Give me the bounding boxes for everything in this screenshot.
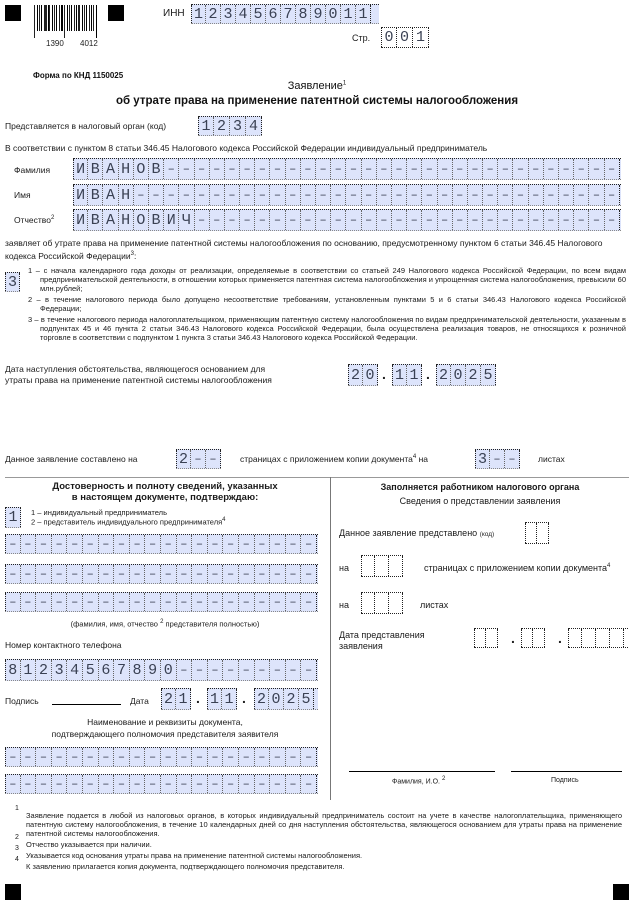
document-subtitle: об утрате права на применение патентной … [0, 95, 634, 107]
field-cell: – [130, 775, 146, 793]
office-signature-caption: Подпись [551, 777, 579, 784]
field-cell: 0 [363, 365, 378, 385]
field-cell: – [130, 748, 146, 766]
field-cell: – [83, 775, 99, 793]
field-cell [361, 593, 375, 613]
footnote-number: 3 [15, 845, 19, 852]
field-cell: – [83, 565, 99, 583]
field-cell: – [346, 159, 361, 179]
field-cell: 8 [296, 5, 311, 23]
field-cell: – [210, 159, 225, 179]
field-cell: – [453, 210, 468, 230]
field-cell: – [362, 210, 377, 230]
field-cell: – [223, 660, 239, 680]
field-cell: 1 [191, 5, 206, 23]
field-cell [568, 629, 582, 647]
field-cell: – [286, 775, 302, 793]
field-cell: – [67, 748, 83, 766]
field-cell: – [5, 565, 21, 583]
signer-option-2: 2 – представитель индивидуального предпр… [31, 516, 226, 527]
field-cell: 2 [436, 365, 451, 385]
field-cell: – [225, 159, 240, 179]
field-cell: – [286, 593, 302, 611]
field-cell [389, 593, 403, 613]
office-section-title: Заполняется работником налогового органа [331, 482, 629, 492]
page-number-field[interactable]: 001 [381, 27, 429, 48]
field-cell: – [377, 159, 392, 179]
field-cell: – [255, 159, 270, 179]
field-cell: – [513, 159, 528, 179]
office-date-year[interactable] [568, 628, 628, 648]
field-cell: – [239, 660, 255, 680]
column-divider [330, 477, 331, 800]
office-date-month[interactable] [521, 628, 545, 648]
field-cell: – [114, 565, 130, 583]
office-submitted-code-field[interactable] [525, 522, 549, 544]
field-cell: – [179, 185, 194, 205]
barcode-number-left: 1390 [46, 39, 64, 48]
field-cell: 5 [481, 365, 496, 385]
field-cell: 1 [198, 117, 214, 135]
field-cell: – [210, 210, 225, 230]
field-cell: – [407, 210, 422, 230]
field-cell: – [392, 185, 407, 205]
field-cell: В [149, 159, 164, 179]
signature-line[interactable] [52, 704, 121, 705]
signer-code-field[interactable]: 1 [5, 507, 21, 528]
field-cell: – [239, 593, 255, 611]
field-cell: – [208, 748, 224, 766]
surname-field[interactable]: ИВАНОВ–––––––––––––––––––––––––––––– [73, 158, 621, 180]
sign-date-day[interactable]: 21 [161, 688, 191, 710]
authority-document-title: Наименование и реквизиты документа,подтв… [0, 716, 330, 740]
field-cell [525, 523, 537, 543]
field-cell: 4 [236, 5, 251, 23]
field-cell: – [36, 775, 52, 793]
field-cell: 5 [299, 689, 314, 709]
field-cell: 2 [161, 689, 176, 709]
office-pages-na: на [339, 563, 349, 573]
office-date-day[interactable] [474, 628, 498, 648]
patronymic-field[interactable]: ИВАНОВИЧ–––––––––––––––––––––––––––– [73, 209, 621, 231]
field-cell: – [255, 210, 270, 230]
field-cell: – [255, 535, 271, 553]
field-cell: – [331, 185, 346, 205]
field-cell: – [498, 210, 513, 230]
field-cell: – [559, 159, 574, 179]
date-separator: . [242, 690, 246, 706]
event-date-label: Дата наступления обстоятельства, являюще… [5, 364, 335, 386]
field-cell: – [468, 185, 483, 205]
field-cell: 2 [36, 660, 52, 680]
field-cell: 7 [114, 660, 130, 680]
footnote-number: 1 [15, 805, 19, 812]
field-cell: – [99, 535, 115, 553]
field-cell: – [529, 210, 544, 230]
field-cell: – [301, 535, 317, 553]
field-cell: – [392, 159, 407, 179]
tax-office-code-field[interactable]: 1234 [198, 116, 262, 136]
phone-field[interactable]: 81234567890––––––––– [5, 659, 318, 681]
field-cell [389, 556, 403, 576]
field-cell: – [286, 210, 301, 230]
field-cell: – [192, 660, 208, 680]
field-cell: 7 [281, 5, 296, 23]
field-cell: – [114, 748, 130, 766]
field-cell: – [208, 593, 224, 611]
field-cell: 2 [214, 117, 230, 135]
field-cell: 4 [246, 117, 262, 135]
field-cell: – [255, 185, 270, 205]
footnote-number: 4 [15, 856, 19, 863]
field-cell: – [36, 748, 52, 766]
field-cell: – [407, 159, 422, 179]
field-cell [521, 629, 533, 647]
field-cell: – [130, 565, 146, 583]
field-cell: – [316, 210, 331, 230]
field-cell: И [73, 185, 88, 205]
field-cell: 0 [326, 5, 341, 23]
field-cell: – [145, 565, 161, 583]
field-cell [474, 629, 486, 647]
field-cell: – [161, 775, 177, 793]
corner-marker-top-left [5, 5, 21, 21]
field-cell: – [422, 210, 437, 230]
field-cell: – [210, 185, 225, 205]
field-cell: – [498, 185, 513, 205]
field-cell: – [67, 593, 83, 611]
field-cell: 8 [5, 660, 21, 680]
field-cell: – [589, 159, 604, 179]
confirm-title: Достоверность и полноту сведений, указан… [0, 481, 330, 503]
field-cell: – [52, 775, 68, 793]
field-cell: – [301, 593, 317, 611]
pages-count-field[interactable]: 2–– [176, 449, 221, 469]
field-cell: – [605, 210, 620, 230]
field-cell: – [99, 775, 115, 793]
field-cell: – [134, 185, 149, 205]
field-cell [596, 629, 610, 647]
name-label: Имя [14, 190, 31, 200]
field-cell: – [301, 210, 316, 230]
sheets-count-field[interactable]: 3–– [475, 449, 520, 469]
event-date-day[interactable]: 20 [348, 364, 378, 386]
field-cell: – [301, 748, 317, 766]
field-cell: – [161, 748, 177, 766]
field-cell: – [177, 593, 193, 611]
field-cell: 1 [413, 28, 429, 47]
declaration-text: заявляет об утрате права на применение п… [5, 238, 625, 262]
field-cell: – [5, 535, 21, 553]
field-cell: – [377, 185, 392, 205]
field-cell: – [286, 565, 302, 583]
field-cell: 3 [5, 273, 20, 291]
field-cell: 0 [269, 689, 284, 709]
field-cell: – [438, 210, 453, 230]
field-cell: – [149, 185, 164, 205]
field-cell: – [145, 775, 161, 793]
field-cell [361, 556, 375, 576]
field-cell: – [574, 159, 589, 179]
field-cell: – [255, 565, 271, 583]
field-cell: – [177, 565, 193, 583]
field-cell: – [270, 185, 285, 205]
field-cell: – [316, 185, 331, 205]
inn-label: ИНН [163, 8, 185, 19]
field-cell: – [192, 748, 208, 766]
reason-code-field[interactable]: 3 [5, 272, 20, 292]
field-cell: – [114, 593, 130, 611]
field-cell [486, 629, 498, 647]
footnote-text: К заявлению прилагается копия документа,… [26, 862, 622, 871]
field-cell: 6 [99, 660, 115, 680]
office-sheets-text: листах [420, 600, 448, 610]
inn-field[interactable]: 123456789011 [191, 4, 379, 24]
corner-marker-bottom-right [613, 884, 629, 900]
field-cell: И [73, 210, 88, 230]
event-date-month[interactable]: 11 [392, 364, 422, 386]
field-cell: – [192, 775, 208, 793]
field-cell: – [67, 565, 83, 583]
field-cell: – [468, 159, 483, 179]
field-cell: 1 [222, 689, 237, 709]
field-cell: 1 [21, 660, 37, 680]
field-cell: 2 [348, 365, 363, 385]
date-separator: . [511, 630, 515, 646]
field-cell: – [483, 159, 498, 179]
field-cell: – [270, 210, 285, 230]
office-submitted-label: Данное заявление представлено (код) [339, 528, 494, 538]
intro-text: В соответствии с пунктом 8 статьи 346.45… [5, 143, 487, 153]
field-cell: – [208, 775, 224, 793]
field-cell: – [529, 159, 544, 179]
field-cell: – [145, 535, 161, 553]
field-cell: А [103, 159, 118, 179]
authority-document-row-2[interactable]: –––––––––––––––––––– [5, 774, 318, 794]
barcode-number-right: 4012 [80, 39, 98, 48]
representative-name-row-3[interactable]: –––––––––––––––––––– [5, 592, 318, 612]
office-section-subtitle: Сведения о представлении заявления [331, 496, 629, 506]
field-cell: – [255, 775, 271, 793]
field-cell: 0 [451, 365, 466, 385]
field-cell: – [422, 159, 437, 179]
field-cell: – [422, 185, 437, 205]
field-cell: – [83, 593, 99, 611]
field-cell [610, 629, 624, 647]
field-cell: 2 [176, 450, 191, 468]
document-title: Заявление1 [0, 80, 634, 92]
field-cell: – [195, 185, 210, 205]
field-cell: 2 [254, 689, 269, 709]
field-cell: – [52, 593, 68, 611]
field-cell: – [316, 159, 331, 179]
field-cell: – [589, 210, 604, 230]
field-cell: – [574, 185, 589, 205]
field-cell: 3 [230, 117, 246, 135]
field-cell: А [103, 185, 118, 205]
reason-option-1: 1 – с начала календарного года доходы от… [28, 266, 626, 293]
field-cell: – [255, 748, 271, 766]
footnote-text: Заявление подается в любой из налоговых … [26, 811, 622, 838]
name-field[interactable]: ИВАН–––––––––––––––––––––––––––––––– [73, 184, 621, 206]
field-cell: 3 [475, 450, 490, 468]
field-cell: – [505, 450, 520, 468]
field-cell: – [36, 593, 52, 611]
field-cell: – [286, 185, 301, 205]
field-cell: – [5, 748, 21, 766]
field-cell: 0 [397, 28, 413, 47]
sign-date-month[interactable]: 11 [207, 688, 237, 710]
field-cell: – [240, 185, 255, 205]
field-cell: – [161, 535, 177, 553]
field-cell: 3 [52, 660, 68, 680]
field-cell: – [36, 535, 52, 553]
field-cell: 5 [251, 5, 266, 23]
field-cell: – [255, 593, 271, 611]
field-cell: – [544, 185, 559, 205]
office-pages-field[interactable] [361, 555, 403, 577]
surname-label: Фамилия [14, 165, 50, 175]
field-cell: – [223, 535, 239, 553]
pages-middle-text: страницах с приложением копии документа4… [240, 454, 428, 464]
office-fio-line[interactable] [349, 771, 495, 772]
footnote-number: 2 [15, 834, 19, 841]
field-cell: – [192, 535, 208, 553]
field-cell: – [145, 593, 161, 611]
patronymic-label: Отчество2 [14, 215, 54, 225]
field-cell: – [145, 748, 161, 766]
field-cell: – [21, 593, 37, 611]
field-cell: – [208, 565, 224, 583]
reason-option-2: 2 – в течение налогового периода было до… [28, 295, 626, 313]
field-cell: – [362, 185, 377, 205]
event-date-year[interactable]: 2025 [436, 364, 496, 386]
field-cell: – [468, 210, 483, 230]
field-cell: 1 [341, 5, 356, 23]
field-cell: – [223, 565, 239, 583]
field-cell: – [5, 593, 21, 611]
field-cell: – [377, 210, 392, 230]
field-cell: 5 [83, 660, 99, 680]
corner-marker-top-right [108, 5, 124, 21]
field-cell: 0 [381, 28, 397, 47]
field-cell: – [438, 185, 453, 205]
field-cell: Н [119, 210, 134, 230]
sheets-label: листах [538, 454, 565, 464]
field-cell: – [239, 565, 255, 583]
field-cell: – [21, 748, 37, 766]
field-cell: – [195, 159, 210, 179]
field-cell: И [164, 210, 179, 230]
field-cell: – [240, 210, 255, 230]
field-cell: – [239, 535, 255, 553]
field-cell: – [21, 565, 37, 583]
office-signature-line[interactable] [511, 771, 622, 772]
office-fio-caption: Фамилия, И.О. 2 [392, 776, 445, 785]
field-cell: – [270, 775, 286, 793]
field-cell: И [73, 159, 88, 179]
office-date-label: Дата представлениязаявления [339, 630, 425, 652]
field-cell: – [559, 210, 574, 230]
field-cell: – [191, 450, 206, 468]
representative-caption: (фамилия, имя, отчество 2 представителя … [0, 619, 330, 629]
field-cell: – [195, 210, 210, 230]
field-cell: – [301, 185, 316, 205]
sign-date-year[interactable]: 2025 [254, 688, 318, 710]
representative-name-row-1[interactable]: –––––––––––––––––––– [5, 534, 318, 554]
field-cell: – [223, 748, 239, 766]
field-cell: Ч [179, 210, 194, 230]
field-cell: – [130, 535, 146, 553]
field-cell: – [407, 185, 422, 205]
field-cell: 0 [161, 660, 177, 680]
field-cell: – [255, 660, 271, 680]
office-pages-text: страницах с приложением копии документа4 [424, 563, 610, 573]
tax-office-label: Представляется в налоговый орган (код) [5, 121, 166, 131]
footnote-text: Отчество указывается при наличии. [26, 840, 622, 849]
field-cell: – [206, 450, 221, 468]
field-cell: – [239, 775, 255, 793]
authority-document-row-1[interactable]: –––––––––––––––––––– [5, 747, 318, 767]
office-sheets-field[interactable] [361, 592, 403, 614]
field-cell: – [52, 565, 68, 583]
representative-name-row-2[interactable]: –––––––––––––––––––– [5, 564, 318, 584]
field-cell: – [83, 748, 99, 766]
field-cell: – [529, 185, 544, 205]
field-cell [375, 593, 389, 613]
field-cell: – [67, 775, 83, 793]
field-cell: 2 [466, 365, 481, 385]
field-cell: – [177, 535, 193, 553]
field-cell: – [192, 565, 208, 583]
field-cell: – [177, 775, 193, 793]
field-cell: – [331, 159, 346, 179]
field-cell: А [103, 210, 118, 230]
field-cell: – [286, 159, 301, 179]
footnote-text: Указывается код основания утраты права н… [26, 851, 622, 860]
field-cell: – [605, 185, 620, 205]
field-cell: – [179, 159, 194, 179]
field-cell: – [301, 775, 317, 793]
field-cell: 1 [5, 508, 21, 527]
field-cell: – [589, 185, 604, 205]
field-cell: О [134, 159, 149, 179]
field-cell: – [301, 159, 316, 179]
field-cell: 2 [206, 5, 221, 23]
field-cell [537, 523, 549, 543]
field-cell [533, 629, 545, 647]
field-cell: – [114, 775, 130, 793]
office-sheets-na: на [339, 600, 349, 610]
field-cell: 1 [207, 689, 222, 709]
field-cell: Н [119, 185, 134, 205]
field-cell: – [52, 748, 68, 766]
field-cell: – [605, 159, 620, 179]
field-cell: – [161, 593, 177, 611]
phone-label: Номер контактного телефона [5, 640, 122, 650]
field-cell: 1 [356, 5, 371, 23]
field-cell: – [164, 159, 179, 179]
date-separator: . [426, 366, 430, 382]
page-label: Стр. [352, 33, 370, 43]
field-cell: – [270, 660, 286, 680]
field-cell: – [453, 185, 468, 205]
field-cell: – [240, 159, 255, 179]
date-separator: . [382, 366, 386, 382]
field-cell: – [114, 535, 130, 553]
field-cell: 3 [221, 5, 236, 23]
pages-label: Данное заявление составлено на [5, 454, 138, 464]
